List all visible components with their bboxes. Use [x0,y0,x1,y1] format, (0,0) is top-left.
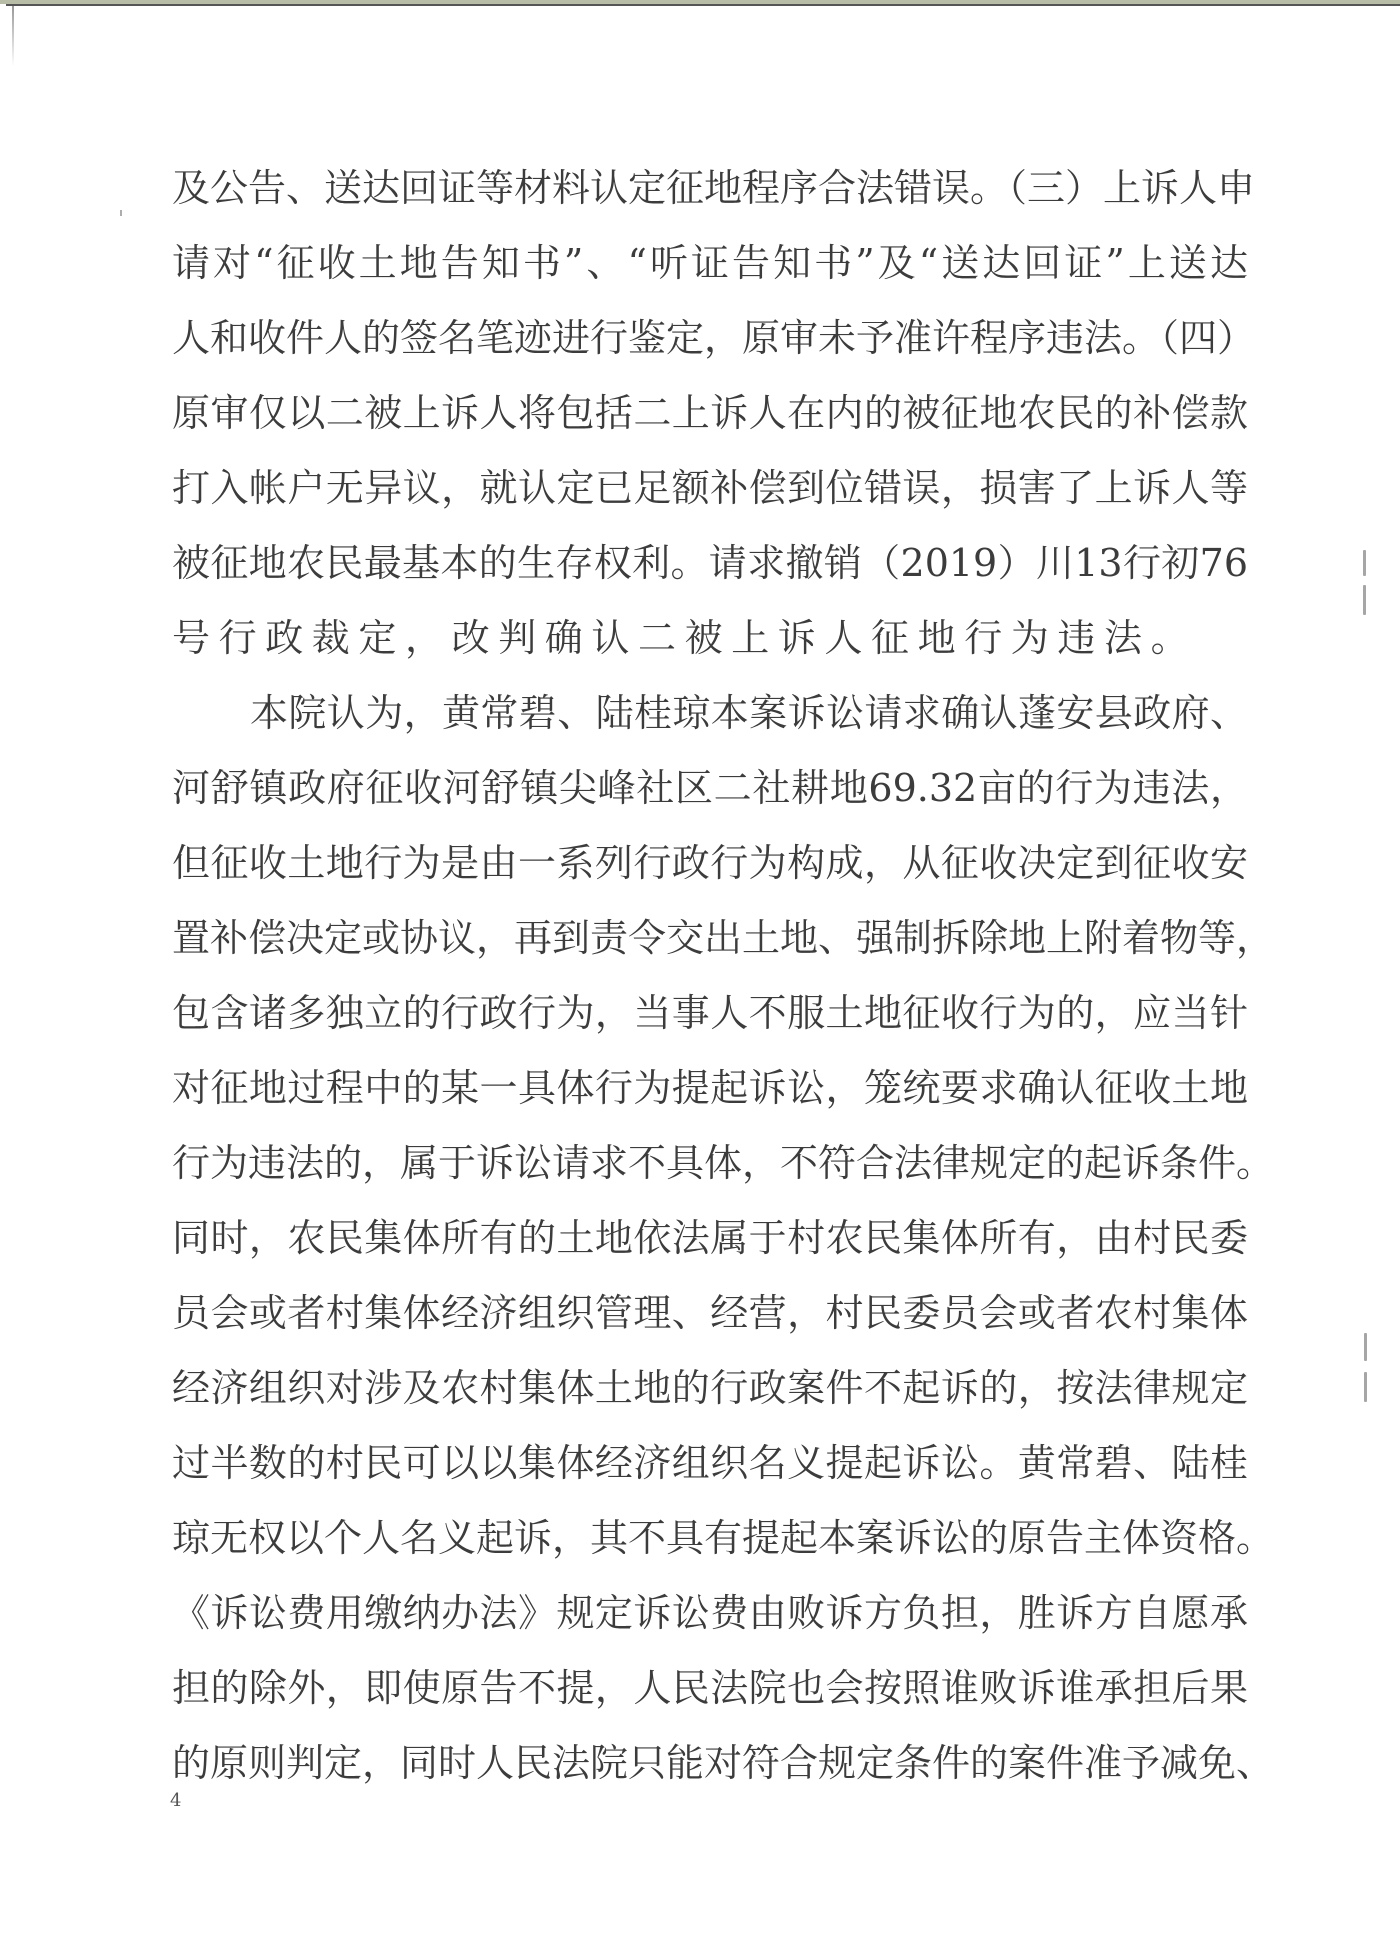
paragraph-first-line: 本院认为，黄常碧、陆桂琼本案诉讼请求确认蓬安县政府、 [250,689,1248,737]
text-line: 《诉讼费用缴纳办法》规定诉讼费由败诉方负担，胜诉方自愿承 [172,1589,1248,1637]
binding-mark [1363,550,1366,576]
text-line: 包含诸多独立的行政行为，当事人不服土地征收行为的，应当针 [172,989,1248,1037]
text-line: 经济组织对涉及农村集体土地的行政案件不起诉的，按法律规定 [172,1364,1248,1412]
binding-mark [1364,1333,1367,1361]
text-line: 号行政裁定，改判确认二被上诉人征地行为违法。 [172,614,1248,662]
text-line: 打入帐户无异议，就认定已足额补偿到位错误，损害了上诉人等 [172,464,1248,512]
text-line: 过半数的村民可以以集体经济组织名义提起诉讼。黄常碧、陆桂 [172,1439,1248,1487]
text-line: 人和收件人的签名笔迹进行鉴定，原审未予准许程序违法。（四） [172,314,1248,362]
text-line: 同时，农民集体所有的土地依法属于村农民集体所有，由村民委 [172,1214,1248,1262]
text-line: 员会或者村集体经济组织管理、经营，村民委员会或者农村集体 [172,1289,1248,1337]
text-line: 请对“征收土地告知书”、“听证告知书”及“送达回证”上送达 [172,239,1248,287]
page-number: 4 [170,1790,181,1811]
text-line: 河舒镇政府征收河舒镇尖峰社区二社耕地69.32亩的行为违法， [172,764,1248,812]
text-line: 担的除外，即使原告不提，人民法院也会按照谁败诉谁承担后果 [172,1664,1248,1712]
binding-mark [1364,1372,1367,1402]
text-line: 置补偿决定或协议，再到责令交出土地、强制拆除地上附着物等， [172,914,1248,962]
document-page: 及公告、送达回证等材料认定征地程序合法错误。（三）上诉人申 请对“征收土地告知书… [0,0,1400,1955]
text-line: 对征地过程中的某一具体行为提起诉讼，笼统要求确认征收土地 [172,1064,1248,1112]
text-line: 的原则判定，同时人民法院只能对符合规定条件的案件准予减免、 [172,1739,1248,1787]
scan-speck [120,210,122,216]
text-line: 被征地农民最基本的生存权利。请求撤销（2019）川13行初76 [172,539,1248,587]
text-line: 及公告、送达回证等材料认定征地程序合法错误。（三）上诉人申 [172,164,1248,212]
binding-mark [1363,585,1366,615]
text-line: 琼无权以个人名义起诉，其不具有提起本案诉讼的原告主体资格。 [172,1514,1248,1562]
text-line: 原审仅以二被上诉人将包括二上诉人在内的被征地农民的补偿款 [172,389,1248,437]
text-line: 但征收土地行为是由一系列行政行为构成，从征收决定到征收安 [172,839,1248,887]
text-line: 行为违法的，属于诉讼请求不具体，不符合法律规定的起诉条件。 [172,1139,1248,1187]
